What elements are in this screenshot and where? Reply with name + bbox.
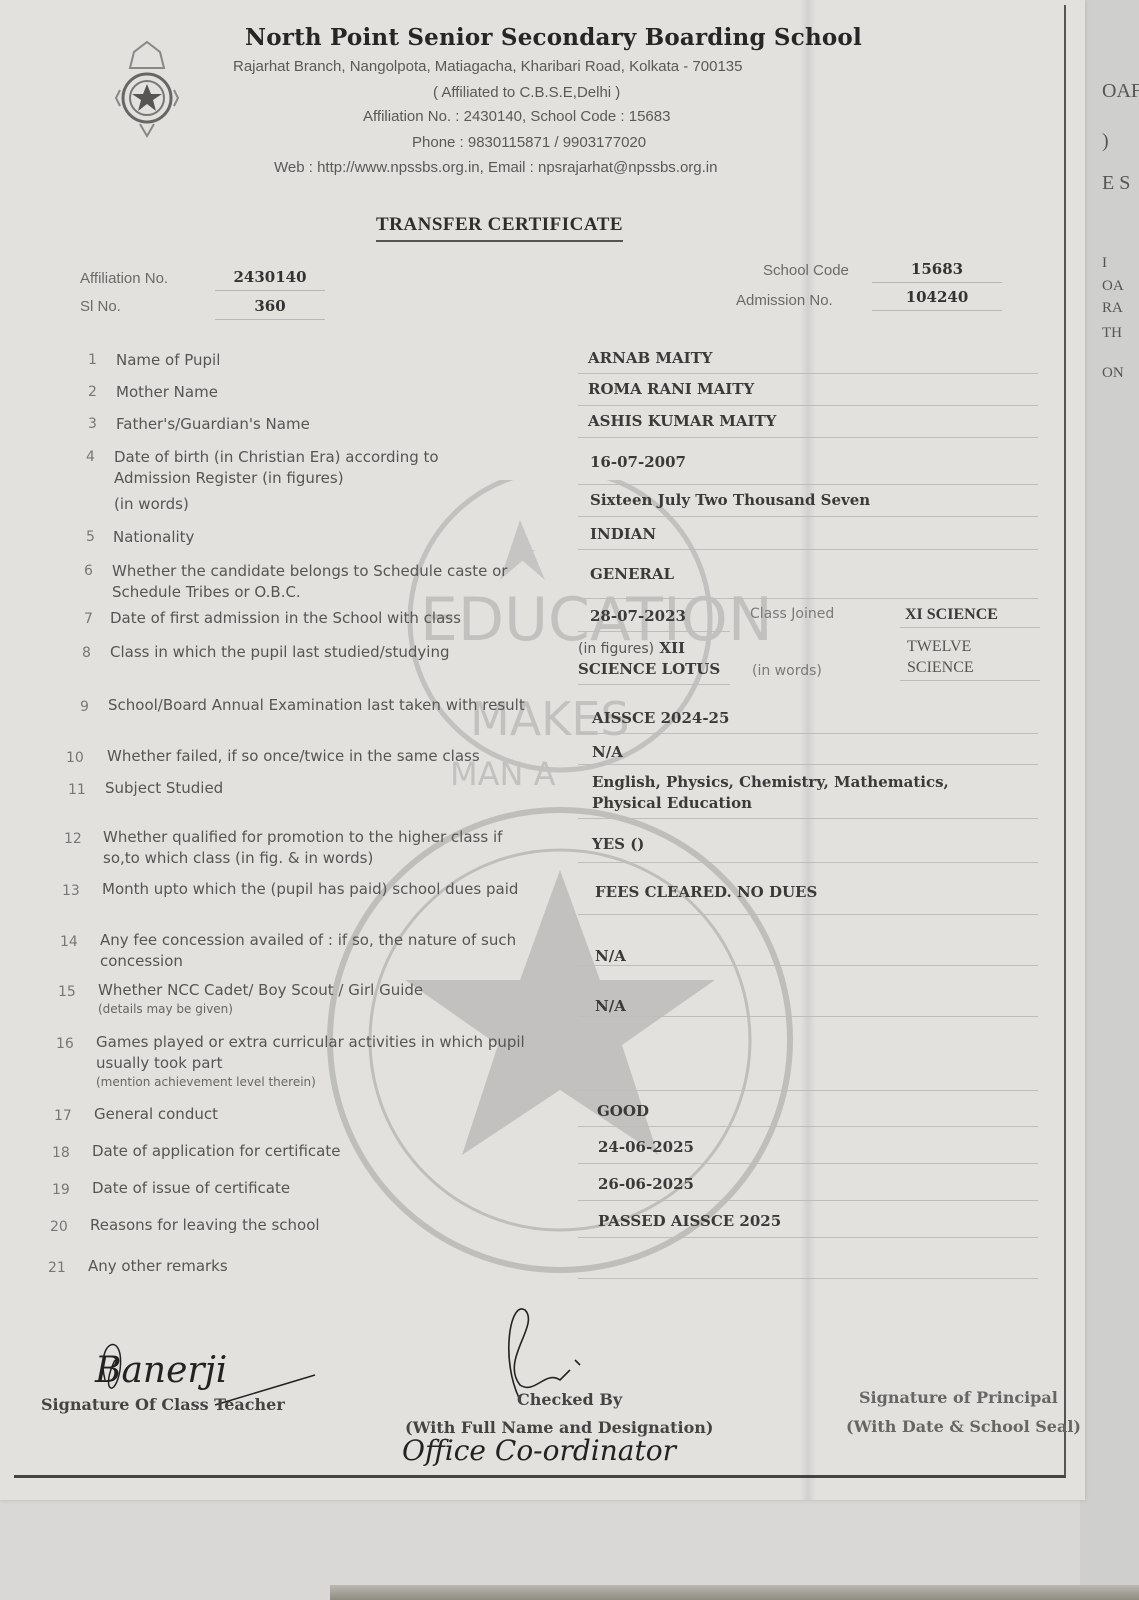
row-divider: [578, 1200, 1038, 1201]
web-email-line: Web : http://www.npssbs.org.in, Email : …: [274, 159, 717, 176]
row-value-name-of-pupil: ARNAB MAITY: [588, 348, 712, 369]
bg-paper-fragment: ): [1102, 130, 1109, 153]
row-number: 2: [88, 384, 97, 400]
row-divider: [578, 373, 1038, 374]
row-number: 4: [86, 449, 95, 465]
row-label-name-of-pupil: Name of Pupil: [116, 350, 556, 371]
row-value-issue-date: 26-06-2025: [598, 1174, 694, 1195]
row-number: 9: [80, 699, 89, 715]
admission-no-label: Admission No.: [736, 292, 833, 309]
ncc-label-note: (details may be given): [98, 1001, 538, 1018]
bg-paper-fragment: I: [1102, 255, 1107, 272]
table-edge: [330, 1585, 1139, 1600]
row-value-leaving-reason: PASSED AISSCE 2025: [598, 1211, 781, 1232]
row-divider: [578, 516, 1038, 517]
row-divider: [578, 405, 1038, 406]
activities-label-note: (mention achievement level therein): [96, 1074, 546, 1091]
row-number: 20: [50, 1219, 68, 1235]
row-label-failed: Whether failed, if so once/twice in the …: [107, 746, 567, 767]
checked-by-designation-handwritten: Office Co-ordinator: [402, 1434, 676, 1467]
affiliated-to: ( Affiliated to C.B.S.E,Delhi ): [433, 84, 620, 101]
row-number: 7: [84, 611, 93, 627]
row-number: 15: [58, 984, 76, 1000]
row-label-father-name: Father's/Guardian's Name: [116, 414, 556, 435]
bg-paper-fragment: TH: [1102, 325, 1122, 342]
row-divider: [578, 484, 1038, 485]
row-label-conduct: General conduct: [94, 1104, 534, 1125]
row-label-nationality: Nationality: [113, 527, 553, 548]
row-label-dob-words: (in words): [114, 494, 554, 515]
row-number: 11: [68, 782, 86, 798]
row-number: 1: [88, 352, 97, 368]
school-code-value: 15683: [872, 260, 1002, 283]
row-value-conduct: GOOD: [597, 1101, 649, 1122]
row-label-mother-name: Mother Name: [116, 382, 556, 403]
row-divider: [578, 914, 1038, 915]
row-number: 8: [82, 645, 91, 661]
row-value-fee-concession: N/A: [595, 946, 626, 967]
row-number: 6: [84, 563, 93, 579]
document-title: TRANSFER CERTIFICATE: [376, 214, 623, 242]
class-teacher-signature-label: Signature Of Class Teacher: [41, 1395, 285, 1414]
row-label-caste-category: Whether the candidate belongs to Schedul…: [112, 561, 552, 603]
row-number: 3: [88, 416, 97, 432]
last-class-words-line1: TWELVE: [907, 636, 971, 657]
principal-signature-sub-label: (With Date & School Seal): [846, 1417, 1081, 1436]
row-label-dues: Month upto which the (pupil has paid) sc…: [102, 879, 542, 900]
row-divider: [578, 1126, 1038, 1127]
row-value-father-name: ASHIS KUMAR MAITY: [588, 411, 776, 432]
row-value-application-date: 24-06-2025: [598, 1137, 694, 1158]
row-divider: [578, 764, 1038, 765]
row-divider: [578, 1163, 1038, 1164]
affiliation-no-label: Affiliation No.: [80, 270, 168, 287]
bg-paper-fragment: OA: [1102, 278, 1124, 295]
row-divider: [900, 680, 1040, 681]
bg-paper-fragment: ON: [1102, 365, 1124, 382]
row-number: 5: [86, 529, 95, 545]
row-divider: [578, 1090, 1038, 1091]
row-value-subjects-line1: English, Physics, Chemistry, Mathematics…: [592, 772, 949, 793]
row-label-issue-date: Date of issue of certificate: [92, 1178, 532, 1199]
row-value-dob-words: Sixteen July Two Thousand Seven: [590, 490, 870, 511]
school-name: North Point Senior Secondary Boarding Sc…: [245, 24, 862, 51]
row-divider: [578, 598, 1038, 599]
row-number: 13: [62, 883, 80, 899]
row-value-nationality: INDIAN: [590, 524, 656, 545]
row-divider: [900, 627, 1040, 628]
row-divider: [578, 1016, 1038, 1017]
paper-fold: [800, 0, 816, 1500]
transfer-certificate-sheet: EDUCATION MAKES MAN A North Point Senior…: [0, 0, 1085, 1500]
row-number: 17: [54, 1108, 72, 1124]
principal-signature-label: Signature of Principal: [859, 1388, 1058, 1407]
row-number: 18: [52, 1145, 70, 1161]
row-label-remarks: Any other remarks: [88, 1256, 528, 1277]
row-value-ncc: N/A: [595, 996, 626, 1017]
admission-no-value: 104240: [872, 288, 1002, 311]
row-label-subjects: Subject Studied: [105, 778, 545, 799]
checked-by-label: Checked By: [517, 1390, 622, 1409]
row-label-first-admission: Date of first admission in the School wi…: [110, 608, 550, 629]
row-value-caste-category: GENERAL: [590, 564, 674, 585]
row-label-last-exam: School/Board Annual Examination last tak…: [108, 695, 538, 716]
school-address: Rajarhat Branch, Nangolpota, Matiagacha,…: [233, 58, 742, 75]
sl-no-label: Sl No.: [80, 298, 121, 315]
row-divider: [578, 733, 1038, 734]
phone-line: Phone : 9830115871 / 9903177020: [412, 134, 646, 151]
last-class-figures: XII: [659, 639, 685, 657]
row-divider: [578, 1278, 1038, 1279]
row-number: 16: [56, 1036, 74, 1052]
in-figures-label: (in figures): [578, 641, 654, 657]
last-class-words-line2: SCIENCE: [907, 657, 974, 678]
row-divider: [578, 549, 1038, 550]
in-words-label: (in words): [752, 661, 822, 682]
row-value-mother-name: ROMA RANI MAITY: [588, 379, 754, 400]
row-number: 12: [64, 831, 82, 847]
row-divider: [578, 684, 730, 685]
row-number: 10: [66, 750, 84, 766]
row-value-last-class-section: SCIENCE LOTUS: [578, 659, 720, 680]
bg-paper-fragment: OAF: [1102, 80, 1139, 103]
bg-paper-fragment: E S: [1102, 172, 1130, 195]
row-number: 21: [48, 1260, 66, 1276]
row-divider: [578, 862, 1038, 863]
row-number: 19: [52, 1182, 70, 1198]
row-divider: [578, 965, 1038, 966]
affiliation-line: Affiliation No. : 2430140, School Code :…: [363, 108, 670, 125]
class-joined-label: Class Joined: [750, 604, 834, 625]
row-value-first-admission-date: 28-07-2023: [590, 606, 686, 627]
row-label-last-class: Class in which the pupil last studied/st…: [110, 642, 550, 663]
row-label-leaving-reason: Reasons for leaving the school: [90, 1215, 530, 1236]
activities-label-text: Games played or extra curricular activit…: [96, 1033, 525, 1072]
row-label-ncc: Whether NCC Cadet/ Boy Scout / Girl Guid…: [98, 980, 538, 1018]
school-code-label: School Code: [763, 262, 849, 279]
class-joined-value: XI SCIENCE: [905, 604, 998, 625]
row-value-last-class: (in figures) XII: [578, 638, 685, 660]
row-divider: [578, 1237, 1038, 1238]
row-value-date-of-birth: 16-07-2007: [590, 452, 686, 473]
row-label-fee-concession: Any fee concession availed of : if so, t…: [100, 930, 540, 972]
affiliation-no-value: 2430140: [215, 268, 325, 291]
row-divider: [578, 818, 1038, 819]
row-value-promotion: YES (): [592, 834, 644, 855]
row-label-application-date: Date of application for certificate: [92, 1141, 532, 1162]
row-divider: [578, 437, 1038, 438]
ncc-label-text: Whether NCC Cadet/ Boy Scout / Girl Guid…: [98, 981, 423, 999]
school-crest-star-icon: [112, 38, 182, 138]
row-value-subjects-line2: Physical Education: [592, 793, 752, 814]
row-label-activities: Games played or extra curricular activit…: [96, 1032, 546, 1091]
row-label-date-of-birth: Date of birth (in Christian Era) accordi…: [114, 447, 514, 489]
row-divider: [578, 631, 730, 632]
row-value-failed: N/A: [592, 742, 623, 763]
row-value-dues: FEES CLEARED. NO DUES: [595, 882, 817, 903]
background-paper: OAF ) E S I OA RA TH ON: [1080, 0, 1139, 1600]
sl-no-value: 360: [215, 297, 325, 320]
row-value-last-exam: AISSCE 2024-25: [592, 708, 729, 729]
bg-paper-fragment: RA: [1102, 300, 1123, 317]
row-number: 14: [60, 934, 78, 950]
row-label-promotion: Whether qualified for promotion to the h…: [103, 827, 543, 869]
